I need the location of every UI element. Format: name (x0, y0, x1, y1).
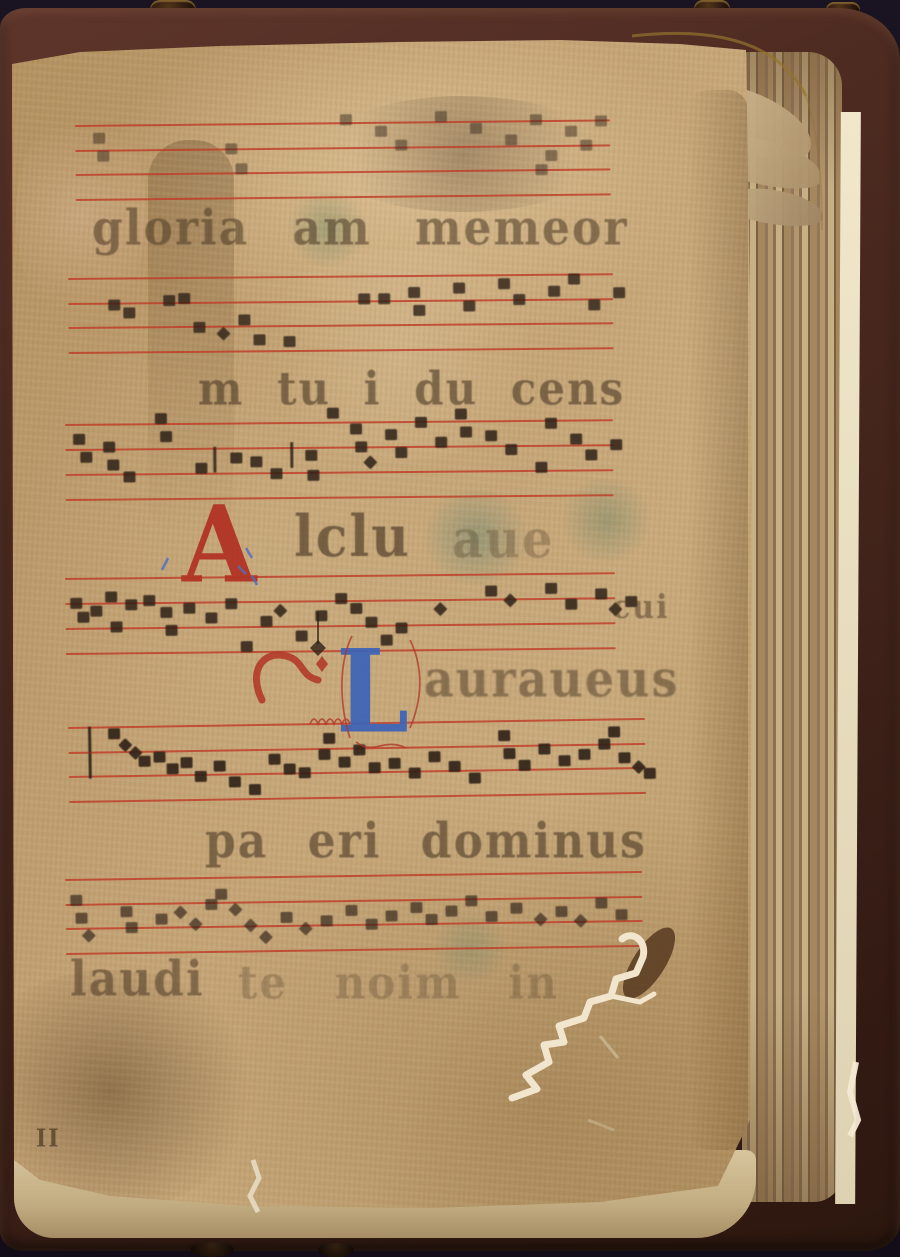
neume (70, 598, 82, 609)
neume (110, 621, 122, 632)
neume (235, 163, 247, 174)
neume (270, 468, 282, 479)
staff-line (65, 419, 613, 426)
neume (559, 755, 571, 766)
neume (93, 133, 105, 144)
neume (213, 447, 216, 473)
neume (410, 902, 422, 913)
neume (260, 616, 272, 627)
neume (570, 433, 582, 444)
neume (70, 895, 82, 906)
neume (595, 115, 607, 126)
neume (189, 917, 203, 931)
neume (299, 767, 311, 778)
chant-text-line: pa eri dominus (205, 813, 647, 869)
chant-staff (68, 273, 614, 352)
neume (358, 293, 370, 304)
neume (565, 126, 577, 137)
neume (250, 456, 262, 467)
neume (125, 599, 137, 610)
neume (215, 889, 227, 900)
neume (588, 299, 600, 310)
neume (465, 895, 477, 906)
neume (574, 914, 588, 928)
neume (75, 913, 87, 924)
neume (178, 293, 190, 304)
neume (228, 903, 242, 917)
neume (107, 460, 119, 471)
neume (323, 733, 335, 744)
neume (138, 756, 150, 767)
neume (180, 757, 192, 768)
neume (305, 450, 317, 461)
neume (453, 283, 465, 294)
neume (108, 728, 120, 739)
neume (340, 114, 352, 125)
neume (120, 906, 132, 917)
quire-signature-mark: II (36, 1125, 61, 1154)
staff-line (65, 444, 613, 451)
neume (225, 143, 237, 154)
neume (249, 784, 261, 795)
neume (216, 327, 230, 341)
neume (395, 140, 407, 151)
neume (253, 334, 265, 345)
staff-line (69, 767, 646, 778)
chant-staff (65, 871, 643, 953)
neume (155, 413, 167, 424)
neume (378, 293, 390, 304)
chant-text-faded: aue (452, 509, 555, 571)
neume (385, 910, 397, 921)
neume (350, 423, 362, 434)
chant-text-line: m tu i du cens (198, 362, 625, 416)
neume (155, 914, 167, 925)
staff-line (68, 273, 613, 280)
neume (485, 430, 497, 441)
neume (470, 123, 482, 134)
neume (395, 447, 407, 458)
neume (195, 771, 207, 782)
neume (350, 603, 362, 614)
chant-text-faded: te noim in (238, 956, 559, 1010)
cover-boss (318, 1243, 354, 1257)
neume (268, 754, 280, 765)
neume (598, 738, 610, 749)
neume (103, 442, 115, 453)
neume (123, 307, 135, 318)
neume (307, 470, 319, 481)
neume (244, 918, 258, 932)
neume (143, 595, 155, 606)
neume (160, 431, 172, 442)
staff-line (76, 169, 611, 177)
neume (238, 314, 250, 325)
neume (435, 111, 447, 122)
neume (321, 915, 333, 926)
neume (299, 922, 313, 936)
staff-line (66, 494, 614, 501)
chant-text-line: lclu (294, 503, 411, 570)
neume (90, 606, 102, 617)
neume (284, 763, 296, 774)
neume (345, 905, 357, 916)
staff-line (65, 469, 613, 476)
neume (445, 906, 457, 917)
neume (413, 305, 425, 316)
neume (241, 641, 253, 652)
cover-boss (190, 1242, 234, 1257)
chant-staff (65, 419, 614, 499)
neume (545, 583, 557, 594)
neume (585, 449, 597, 460)
neume (123, 471, 135, 482)
neume (205, 612, 217, 623)
neume (280, 912, 292, 923)
blue-initial-L: L (336, 624, 411, 759)
neume (618, 752, 630, 763)
neume (88, 727, 91, 753)
neume (535, 164, 547, 175)
neume (385, 429, 397, 440)
chant-text-line: auraueus (424, 649, 679, 708)
neume (259, 930, 273, 944)
neume (505, 444, 517, 455)
neume (389, 758, 401, 769)
neume (195, 463, 207, 474)
neume (545, 418, 557, 429)
chant-text-line: laudi (70, 951, 205, 1007)
neume (205, 899, 217, 910)
neume (433, 602, 447, 616)
neume (503, 748, 515, 759)
neume (644, 768, 656, 779)
neume (610, 439, 622, 450)
neume (318, 749, 330, 760)
neume (82, 929, 96, 943)
neume (363, 455, 377, 469)
staff-line (75, 144, 610, 152)
neume (173, 905, 187, 919)
neume (296, 630, 308, 641)
neume (535, 462, 547, 473)
neume (568, 274, 580, 285)
red-initial-A: A (182, 482, 258, 606)
neume (426, 914, 438, 925)
neume (519, 760, 531, 771)
neume (580, 140, 592, 151)
neume (105, 591, 117, 602)
neume (315, 610, 327, 621)
neume (513, 294, 525, 305)
neume (428, 751, 440, 762)
neume (77, 612, 89, 623)
staff-line (66, 920, 643, 930)
neume (167, 763, 179, 774)
neume (290, 442, 293, 468)
neume (530, 114, 542, 125)
neume (108, 300, 120, 311)
staff-line (69, 347, 614, 354)
neume (449, 761, 461, 772)
neume (510, 903, 522, 914)
neume (555, 906, 567, 917)
neume (498, 278, 510, 289)
neume (408, 287, 420, 298)
chant-staff (75, 119, 611, 198)
neume (366, 919, 378, 930)
neume (193, 322, 205, 333)
neume (545, 150, 557, 161)
neume (80, 452, 92, 463)
neume (595, 897, 607, 908)
staff-line (69, 792, 646, 803)
neume (273, 604, 287, 618)
neume (126, 922, 138, 933)
neume (73, 434, 85, 445)
neume (415, 417, 427, 428)
staff-line (68, 298, 613, 305)
neume (565, 599, 577, 610)
neume (160, 607, 172, 618)
neume (369, 762, 381, 773)
neume (460, 426, 472, 437)
staff-line (65, 871, 642, 881)
neume (503, 593, 517, 607)
neume (230, 452, 242, 463)
neume (375, 126, 387, 137)
chant-staves-layer (0, 0, 900, 1257)
neume (463, 300, 475, 311)
neume (548, 286, 560, 297)
neume (88, 753, 91, 779)
neume (595, 588, 607, 599)
neume (485, 911, 497, 922)
neume (284, 336, 296, 347)
neume (613, 287, 625, 298)
chant-text-line: gloria am memeor (92, 200, 629, 256)
neume (163, 295, 175, 306)
neume (229, 776, 241, 787)
neume (435, 437, 447, 448)
neume (469, 773, 481, 784)
neume (578, 749, 590, 760)
chant-text-line-end: cui (612, 588, 669, 627)
neume (355, 441, 367, 452)
neume (214, 761, 226, 772)
neume (485, 585, 497, 596)
neume (165, 625, 177, 636)
neume (538, 743, 550, 754)
neume (498, 730, 510, 741)
neume (335, 593, 347, 604)
neume (615, 909, 627, 920)
neume (97, 151, 109, 162)
neume (153, 751, 165, 762)
neume (534, 912, 548, 926)
neume (608, 726, 620, 737)
neume (505, 134, 517, 145)
staff-line (68, 322, 613, 329)
photograph-of-manuscript: gloria am memeor m tu i du cens A lclu a… (0, 0, 900, 1257)
staff-line (65, 572, 615, 580)
neume (409, 767, 421, 778)
